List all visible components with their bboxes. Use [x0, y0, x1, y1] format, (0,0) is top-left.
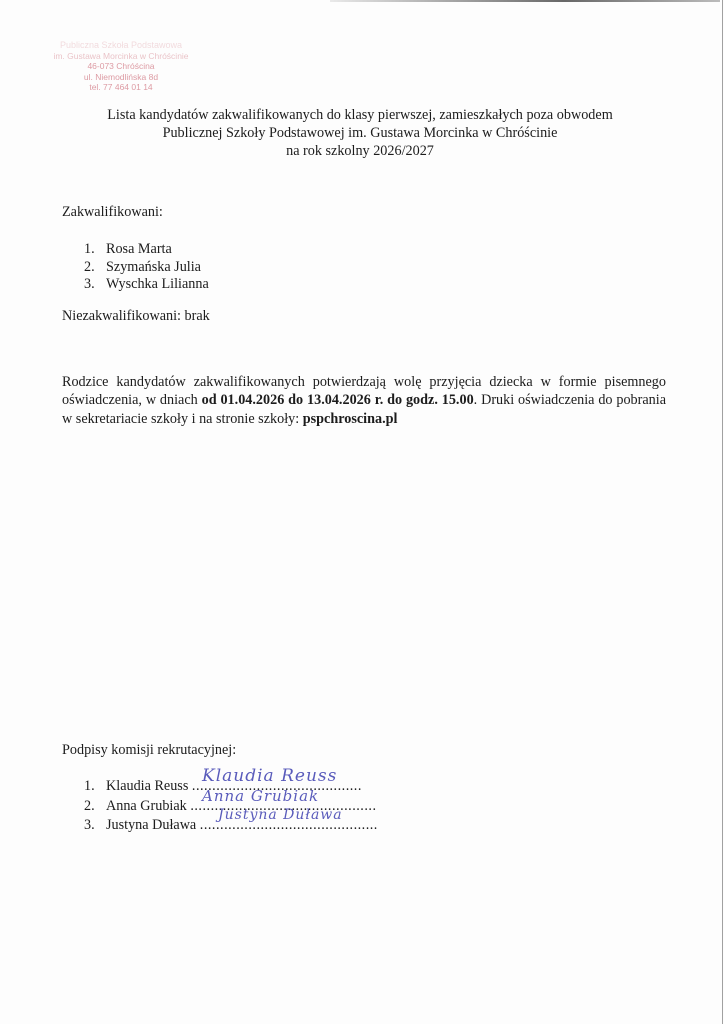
candidate-name: Wyschka Lilianna: [106, 276, 209, 294]
list-item: 2. Szymańska Julia: [84, 259, 209, 277]
item-number: 2.: [84, 797, 106, 817]
stamp-line: 46-073 Chróścina: [36, 61, 206, 72]
not-qualified-text: Niezakwalifikowani: brak: [62, 308, 210, 325]
item-number: 1.: [84, 777, 106, 797]
item-number: 3.: [84, 276, 106, 294]
stamp-line: ul. Niemodlińska 8d: [36, 72, 206, 83]
notice-paragraph: Rodzice kandydatów zakwalifikowanych pot…: [62, 373, 666, 428]
signatures-list: 1.Klaudia Reuss ........................…: [84, 777, 378, 836]
qualified-list: 1. Rosa Marta 2. Szymańska Julia 3. Wysc…: [84, 241, 209, 294]
notice-deadline: od 01.04.2026 do 13.04.2026 r. do godz. …: [202, 392, 474, 408]
member-name: Anna Grubiak: [106, 798, 187, 814]
list-item: 3. Wyschka Lilianna: [84, 276, 209, 294]
candidate-name: Rosa Marta: [106, 241, 172, 259]
handwritten-signature: Anna Grubiak: [202, 787, 319, 807]
item-number: 1.: [84, 241, 106, 259]
item-number: 2.: [84, 259, 106, 277]
stamp-line: im. Gustawa Morcinka w Chróścinie: [36, 51, 206, 62]
scan-edge-right: [722, 0, 723, 1024]
stamp-line: tel. 77 464 01 14: [36, 82, 206, 93]
school-website: pspchroscina.pl: [303, 411, 398, 427]
candidate-name: Szymańska Julia: [106, 259, 201, 277]
member-name: Klaudia Reuss: [106, 778, 188, 794]
signatures-heading: Podpisy komisji rekrutacyjnej:: [62, 742, 236, 759]
handwritten-signature: Klaudia Reuss: [202, 767, 337, 787]
title-line-2: Publicznej Szkoły Podstawowej im. Gustaw…: [60, 124, 660, 142]
item-number: 3.: [84, 816, 106, 836]
school-stamp: Publiczna Szkoła Podstawowa im. Gustawa …: [36, 40, 206, 93]
document-title: Lista kandydatów zakwalifikowanych do kl…: [60, 106, 660, 160]
title-line-1: Lista kandydatów zakwalifikowanych do kl…: [60, 106, 660, 124]
list-item: 1. Rosa Marta: [84, 241, 209, 259]
title-line-3: na rok szkolny 2026/2027: [60, 142, 660, 160]
stamp-line: Publiczna Szkoła Podstawowa: [36, 40, 206, 51]
scan-edge-top: [330, 0, 720, 2]
signature-row: 3.Justyna Duława .......................…: [84, 816, 378, 836]
member-name: Justyna Duława: [106, 817, 196, 833]
handwritten-signature: Justyna Duława: [218, 806, 343, 826]
qualified-heading: Zakwalifikowani:: [62, 204, 163, 221]
